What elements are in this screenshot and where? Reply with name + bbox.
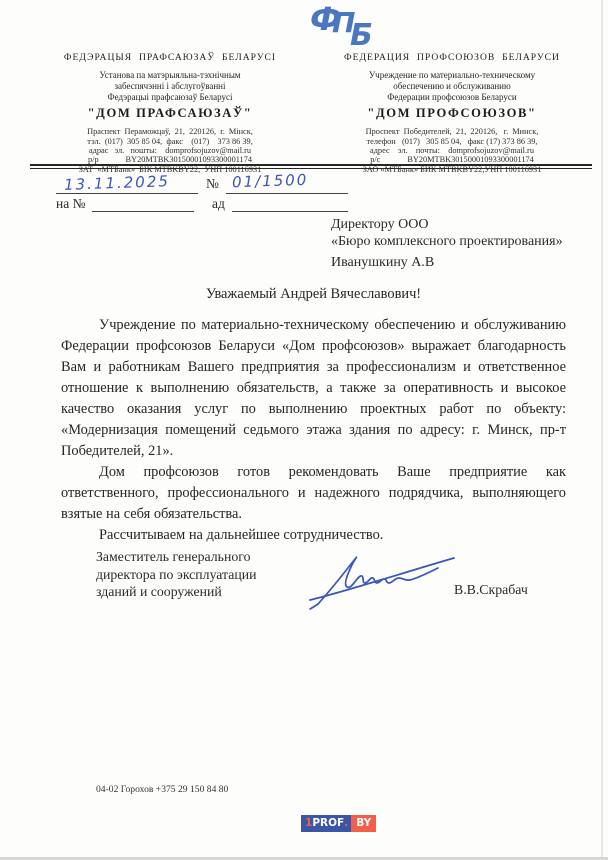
handwritten-number: 01/1500 [232, 171, 309, 192]
org-name-by: ФЕДЭРАЦЫЯ ПРАФСАЮЗАЎ БЕЛАРУСІ [30, 52, 310, 63]
date-underline [56, 193, 198, 194]
signer-position-line: Заместитель генерального [96, 548, 296, 566]
handwritten-signature-icon [304, 540, 464, 612]
badge-prof-text: PROF [312, 815, 344, 832]
badge-digit: 1 [305, 815, 312, 832]
org-name-ru: ФЕДЕРАЦИЯ ПРОФСОЮЗОВ БЕЛАРУСИ [312, 52, 592, 63]
reply-suffix-label: ад [212, 196, 225, 212]
unit-line: Федэрацыі прафсаюзаў Беларусі [30, 92, 310, 103]
badge-blue-part: 1 PROF . [301, 815, 351, 832]
signer-position-line: директора по эксплуатации [96, 566, 296, 584]
number-sign: № [206, 176, 219, 192]
header-column-belarusian: ФЕДЭРАЦЫЯ ПРАФСАЮЗАЎ БЕЛАРУСІ Установа п… [30, 52, 310, 174]
paragraph-1: Учреждение по материально-техническому о… [61, 315, 566, 462]
addressee-line: Иванушкину А.В [331, 255, 563, 272]
address-line: тэл. (017) 305 85 04, факс (017) 373 86 … [30, 137, 310, 146]
unit-line: забеспячэнні і абслугоўванні [30, 81, 310, 92]
address-line: Проспект Победителей, 21, 220126, г. Мин… [312, 127, 592, 136]
address-line: Праспект Пераможцаў, 21, 220126, г. Мінс… [30, 127, 310, 136]
badge-dot: . [344, 815, 348, 832]
addressee-line: «Бюро комплексного проектирования» [331, 234, 563, 251]
number-underline [226, 193, 348, 194]
scan-edge-right [601, 0, 603, 860]
handwritten-date: 13.11.2025 [64, 172, 170, 194]
org-title-ru: "ДОМ ПРОФСОЮЗОВ" [312, 106, 592, 121]
address-line: телефон (017) 305 85 04, факс (17) 373 8… [312, 137, 592, 146]
address-line: адрас эл. пошты: domprofsojuzov@mail.ru [30, 146, 310, 155]
signer-position: Заместитель генерального директора по эк… [96, 548, 296, 601]
executor-contact: 04-02 Горохов +375 29 150 84 80 [96, 784, 228, 795]
reply-prefix-label: на № [56, 196, 85, 212]
letter-body: Уважаемый Андрей Вячеславович! Учреждени… [61, 284, 566, 546]
fpb-logo-icon: Ф П Б [306, 4, 392, 58]
badge-by-part: BY [351, 815, 376, 832]
signer-position-line: зданий и сооружений [96, 583, 296, 601]
signature-block: Заместитель генерального директора по эк… [96, 548, 566, 601]
letter-page: Ф П Б ФЕДЭРАЦЫЯ ПРАФСАЮЗАЎ БЕЛАРУСІ Уста… [0, 0, 608, 860]
unit-line: Федерации профсоюзов Беларуси [312, 92, 592, 103]
salutation: Уважаемый Андрей Вячеславович! [61, 284, 566, 305]
oneprof-by-logo: 1 PROF . BY [301, 815, 376, 832]
addressee-block: Директору ООО «Бюро комплексного проекти… [331, 217, 563, 272]
header-column-russian: ФЕДЕРАЦИЯ ПРОФСОЮЗОВ БЕЛАРУСИ Учреждение… [312, 52, 592, 174]
header-divider-rule [30, 164, 592, 169]
unit-line: Установа па матэрыяльна-тэхнічным [30, 70, 310, 81]
signer-name: В.В.Скрабач [454, 582, 528, 598]
reply-underline-2 [232, 211, 348, 212]
unit-line: Учреждение по материально-техническому [312, 70, 592, 81]
paragraph-2: Дом профсоюзов готов рекомендовать Ваше … [61, 462, 566, 525]
reply-underline-1 [92, 211, 194, 212]
unit-line: обеспечению и обслуживанию [312, 81, 592, 92]
address-line: адрес эл. почты: domprofsojuzov@mail.ru [312, 146, 592, 155]
org-title-by: "ДОМ ПРАФСАЮЗАЎ" [30, 106, 310, 121]
logo-letter-b: Б [350, 18, 373, 53]
addressee-line: Директору ООО [331, 217, 563, 234]
